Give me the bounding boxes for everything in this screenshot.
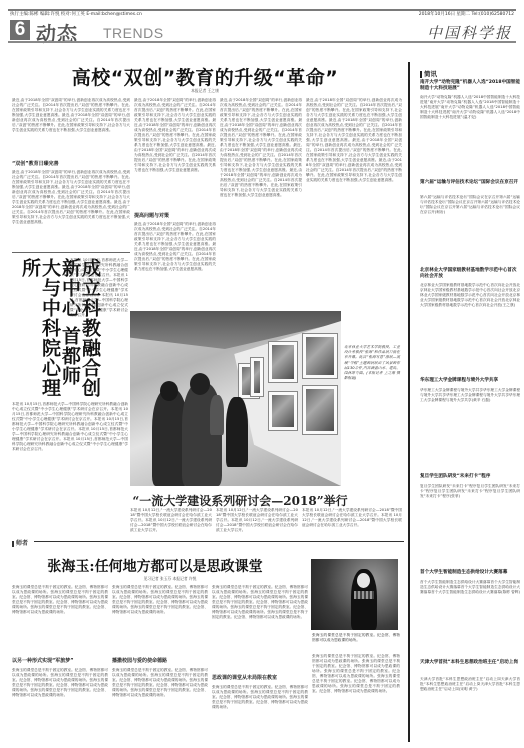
brief-body: 第六届“运输与评估技术论坛”国际会议在京召开第六届“运输与评估技术论坛”国际会议… (420, 195, 520, 261)
people-article-col-1: 张海玉的课堂总是不拘于固定的教室。纪念馆、博物馆都可以成为思政课的场所。张海玉的… (12, 585, 108, 651)
people-article-col-3: 张海玉的课堂总是不拘于固定的教室。纪念馆、博物馆都可以成为思政课的场所。张海玉的… (212, 585, 308, 669)
brief-body: 华东理工大学金牌课程与境外大学共享华东理工大学金牌课程与境外大学共享华东理工大学… (420, 388, 520, 470)
conference-article-col-1: 本报讯 10月12日,“一流大学建设系列研讨会—2018”暨中国大学校长联谊会研… (130, 508, 212, 532)
brief-title: 复旦学生团队研发“未来打卡”程序 (420, 474, 520, 480)
main-headline: 高校“双创”教育的升级“革命” (60, 63, 350, 90)
brief-body: 天津大学首批“本科生思想政治班主任”启动上岗天津大学首批“本科生思想政治班主任”… (420, 677, 520, 743)
conference-article-col-3: 本报讯 10月12日,“一流大学建设系列研讨会—2018”暨中国大学校长联谊会研… (302, 508, 402, 532)
portrait-caption: 张海玉的课堂总是不拘于固定的教室。纪念馆、博物馆都可以成为思政课的场所。 (312, 633, 400, 651)
brief-title: 第六届“运输与评估技术论坛”国际会议在京召开 (420, 180, 520, 186)
exhibition-photo (130, 311, 341, 486)
main-article-col-4: 最近,由于2018年全国“双创周”的举行,创新创业再次成为高校热点,受到社会的广… (306, 98, 402, 302)
masthead-rule (8, 41, 516, 43)
people-article-col-1b: 张海玉的课堂总是不拘于固定的教室。纪念馆、博物馆都可以成为思政课的场所。张海玉的… (12, 668, 108, 744)
brief-title: 天津大学首批“本科生思想政治班主任”启动上岗 (420, 660, 520, 666)
conference-article-col-2: 本报讯 10月12日,“一流大学建设系列研讨会—2018”暨中国大学校长联谊会研… (216, 508, 298, 532)
main-article-col-1: 最近,由于2018年全国“双创周”的举行,创新创业再次成为高校热点,受到社会的广… (12, 98, 130, 156)
people-headline: 张海玉:任何地方都可以是思政课堂 (40, 556, 270, 576)
people-subhead-2: 播撒校园与爱的使命德路 (112, 657, 167, 664)
newspaper-page: 执行主编:陈彬 编辑:许悦 校对:何工英 E-mail:bchen@stimes… (0, 0, 524, 748)
main-article-col-3: 最近,由于2018年全国“双创周”的举行,创新创业再次成为高校热点,受到社会的广… (220, 98, 302, 302)
main-byline: 本报记者 王之康 (170, 88, 240, 94)
brief-title: 北京林业大学国家级教材基地数学示范中心首次向社会开放 (420, 268, 520, 280)
tag-bar-icon (420, 71, 422, 78)
issue-date: 2018年10月16日 星期二 Tel:(010)62580712 (419, 11, 514, 17)
visitor-figure (160, 381, 178, 401)
tag-bar-icon (12, 541, 14, 547)
brief-body: 北京林业大学国家级教材基地数学示范中心首次向社会开放北京林业大学国家级教材基地数… (420, 283, 520, 373)
portrait-face (357, 573, 370, 588)
brief-title: 南开大学“动物克隆”机器人入选“2018中国智能制造十大科技进展” (420, 80, 520, 92)
people-article-col-4: 张海玉的课堂总是不拘于固定的教室。纪念馆、博物馆都可以成为思政课的场所。张海玉的… (312, 654, 400, 744)
painting-frame (268, 391, 298, 431)
exhibition-photo-caption: 北京林业大学艺术学院教授、工业设计系教授“张海”和作品展日前在京开幕。此次“张海… (344, 345, 400, 381)
vertical-article-body: 本报讯 10月15日,首都师范大学—中国科学院心理研究所科教融合创新中心成立仪式… (70, 258, 128, 398)
main-subhead-2: 提高问题与对策 (134, 212, 169, 219)
painting-frame (250, 357, 264, 397)
people-subhead-3: 思政课的课堂从未局限在教室 (212, 674, 277, 681)
section-rule (12, 252, 130, 253)
brief-title: 首个大学生智能制造生态供给设计大赛落幕 (420, 570, 520, 576)
painting-frame (268, 341, 298, 383)
main-article-col-2b: 最近,由于2018年全国“双创周”的举行,创新创业再次成为高校热点,受到社会的广… (134, 222, 216, 302)
people-byline: 见习记者 张玉芬 本报记者 许悦 (110, 576, 230, 582)
main-subhead-1: “双创”教育日臻完善 (12, 160, 59, 167)
people-article-col-2: 张海玉的课堂总是不拘于固定的教室。纪念馆、博物馆都可以成为思政课的场所。张海玉的… (112, 585, 208, 651)
brief-body: 南开大学“动物克隆”机器人入选“2018中国智能制造十大科技进展”南开大学“动物… (420, 95, 520, 171)
portrait-scarf (354, 591, 374, 599)
newspaper-logo: 中国科学报 (427, 22, 512, 43)
editor-credits: 执行主编:陈彬 编辑:许悦 校对:何工英 E-mail:bchen@stimes… (10, 11, 142, 17)
briefs-tag: 简讯 (420, 69, 437, 78)
conference-headline: “一流大学建设系列研讨会—2018”举行 (100, 492, 380, 509)
main-article-col-1b: 最近,由于2018年全国“双创周”的举行,创新创业再次成为高校热点,受到社会的广… (12, 170, 130, 250)
section-title: 动态 (36, 18, 78, 47)
people-article-col-3b: 张海玉的课堂总是不拘于固定的教室。纪念馆、博物馆都可以成为思政课的场所。张海玉的… (212, 685, 308, 744)
people-subhead-1: 以另一种形式实现“军旅梦” (12, 657, 74, 664)
painting-frame (302, 385, 338, 435)
page-number: 6 (10, 20, 30, 40)
people-section-tag: 师者 (12, 538, 28, 547)
visitor-figure (226, 397, 248, 467)
vertical-article-body-2: 本报讯 10月15日,首都师范大学—中国科学院心理研究所科教融合创新中心成立仪式… (12, 402, 128, 528)
column-divider (408, 62, 410, 742)
brief-title: 华东理工大学金牌课程与境外大学共享 (420, 378, 520, 384)
people-article-col-2b: 张海玉的课堂总是不拘于固定的教室。纪念馆、博物馆都可以成为思政课的场所。张海玉的… (112, 668, 208, 744)
visitor-figure (190, 373, 210, 395)
visitor-figure (210, 395, 224, 435)
portrait-photo (311, 559, 398, 630)
brief-body: 首个大学生智能制造生态供给设计大赛落幕首个大学生智能制造生态供给设计大赛落幕首个… (420, 580, 520, 656)
main-article-col-2: 最近,由于2018年全国“双创周”的举行,创新创业再次成为高校热点,受到社会的广… (134, 98, 216, 208)
painting-frame (302, 333, 338, 379)
brief-body: 复旦学生团队研发“未来打卡”程序复旦学生团队研发“未来打卡”程序复旦学生团队研发… (420, 484, 520, 566)
people-section-rule (34, 541, 404, 542)
section-title-en: TRENDS (103, 25, 164, 41)
